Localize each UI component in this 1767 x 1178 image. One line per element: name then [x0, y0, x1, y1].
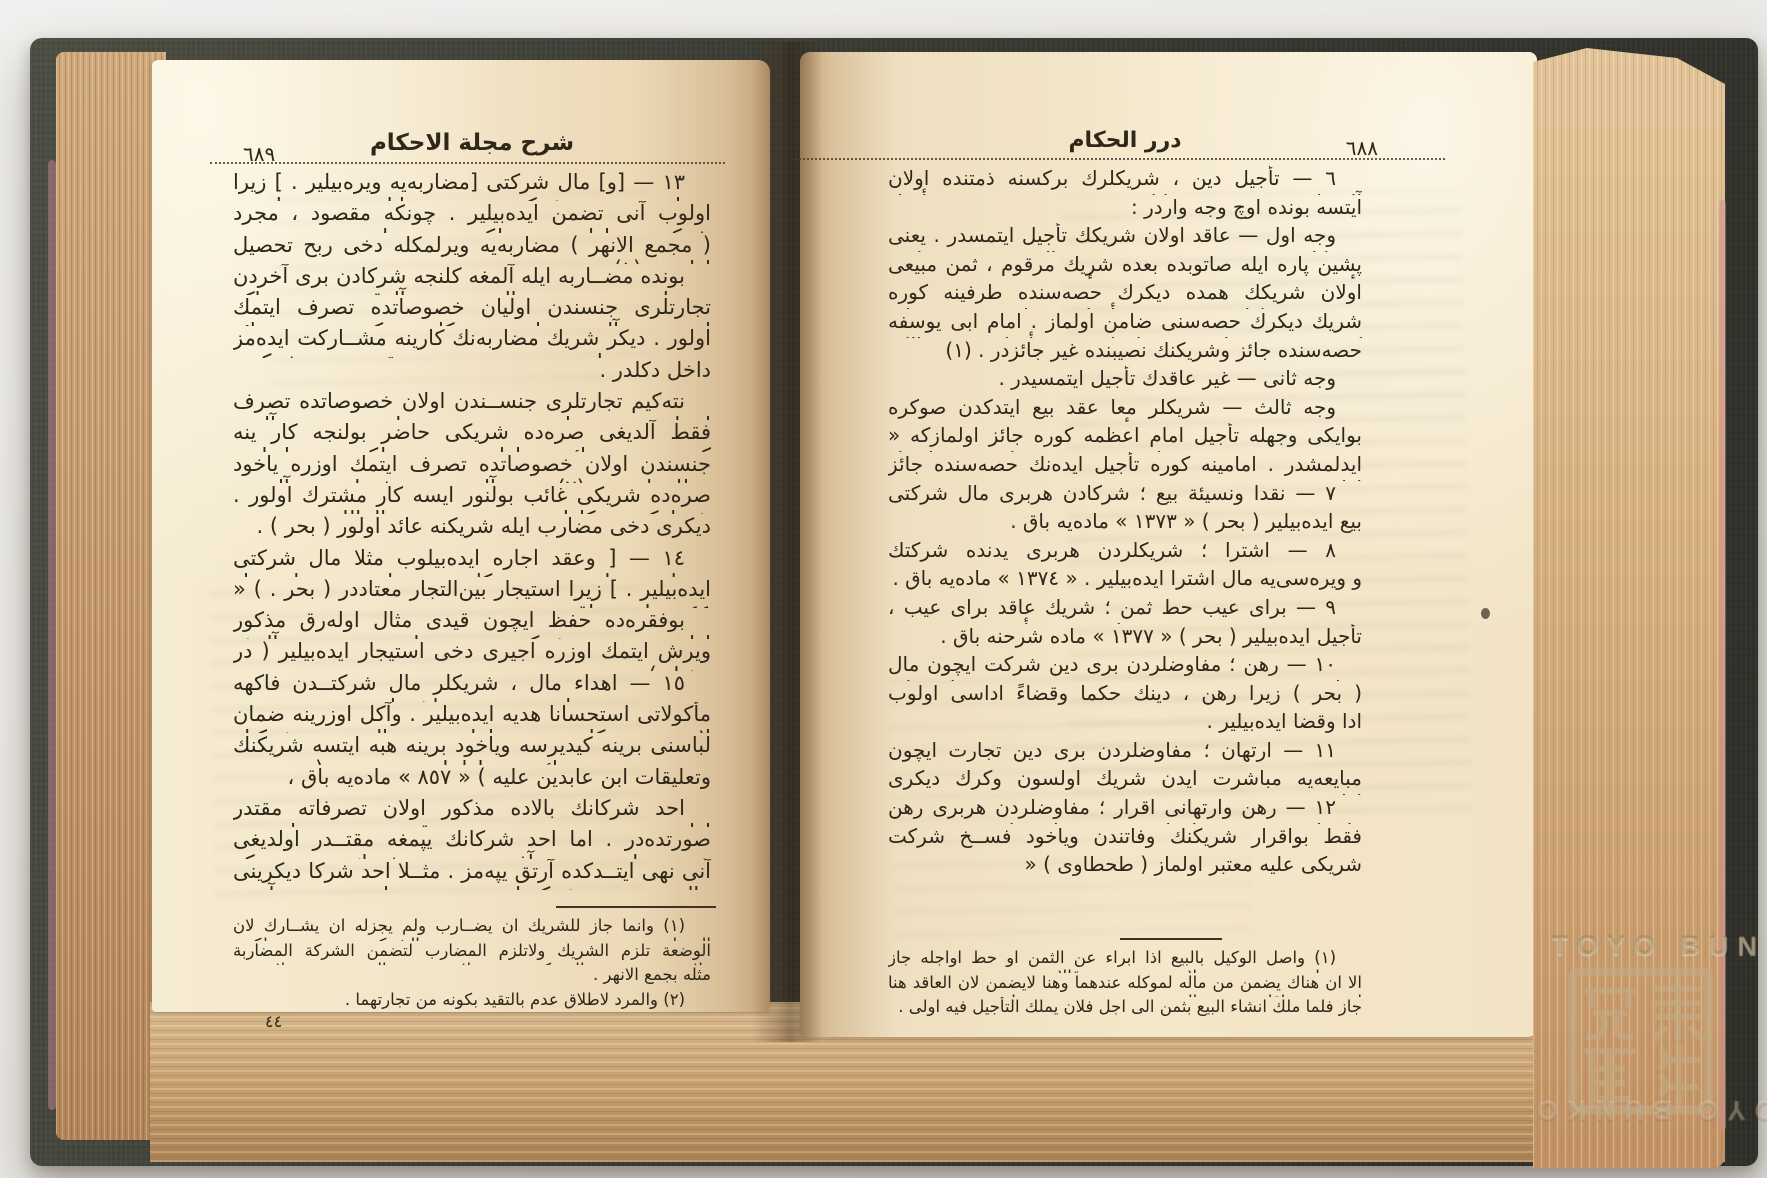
body-text-line: ( بحر ) زيرا رهن ، دينك حكما وقضاءً اداس…: [888, 681, 1362, 710]
body-text-line: اولان شريكك همده ديكرك حصه‌سنده طرفينه ك…: [888, 280, 1362, 309]
body-text-line: جنسندن اولان خصوصاتده تصرف ايتمك اوزره ي…: [233, 452, 711, 483]
footnotes-left: (١) وانما جاز للشريك ان يضــارب ولم يجزل…: [233, 916, 711, 1014]
footnote-line: الوضعة تلزم الشريك ولاتلزم المضارب لتضمن…: [233, 941, 711, 966]
body-text-line: ٧ — نقدا ونسيئة بيع ؛ شركادن هربرى مال ش…: [888, 481, 1362, 510]
page-header-title-left: شرح مجلة الاحكام: [233, 130, 711, 156]
body-text-line: شريك ديكرك حصه‌سنى ضامن اولماز . امام اب…: [888, 309, 1362, 338]
book-gutter-shadow: [752, 42, 822, 1042]
footnote-line: (٢) والمرد لاطلاق عدم بالتقيد بكونه من ت…: [233, 990, 711, 1015]
body-text-line: ٨ — اشترا ؛ شريكلردن هربرى يدنده شركتك س…: [888, 538, 1362, 567]
body-text-line: ٦ — تأجيل دين ، شريكلرك بركسنه ذمتنده او…: [888, 166, 1362, 195]
body-text-line: فقط آلديغى صره‌ده شريكى حاضر بولنجه كار …: [233, 420, 711, 451]
footnote-line: جاز فلما ملك انشاء البيع بثمن الى اجل فل…: [888, 997, 1362, 1022]
body-text-line: بيع ايده‌بيلير ( بحر ) « ١٣٧٣ » ماده‌يه …: [888, 509, 1362, 538]
body-text-line: اولور . ديكر شريك مضاربه‌نك كارينه مشــا…: [233, 326, 711, 357]
body-text-line: ديكرى دخى مضارب ايله شريكنه عائد اولور (…: [233, 514, 711, 545]
body-text-line: بونده مضــاربه ايله آلمغه كلنجه شركادن ب…: [233, 264, 711, 295]
endpaper-pink-edge-right: [1719, 200, 1726, 1130]
body-text-line: تجارتلرى جنسندن اوليان خصوصاتده تصرف ايت…: [233, 295, 711, 326]
body-text-line: ١٠ — رهن ؛ مفاوضلردن برى دين شركت ايچون …: [888, 652, 1362, 681]
signature-mark: ٤٤: [265, 1012, 282, 1031]
body-text-line: تأجيل ايده‌بيلير ( بحر ) « ١٣٧٧ » ماده ش…: [888, 624, 1362, 653]
body-text-line: آنى نهى ايتــدكده آرتق يپه‌مز . مثــلا ا…: [233, 859, 711, 890]
ink-speck: [1481, 608, 1490, 619]
body-text-line: ١٢ — رهن وارتهانى اقرار ؛ مفاوضلردن هربر…: [888, 795, 1362, 824]
body-text-right: ٦ — تأجيل دين ، شريكلرك بركسنه ذمتنده او…: [888, 166, 1362, 881]
body-text-line: ١٣ — [و] مال شركتى [مضاربه‌يه ويره‌بيلير…: [233, 170, 711, 201]
body-text-line: و ويره‌سى‌يه مال اشترا ايده‌بيلير . « ١٣…: [888, 566, 1362, 595]
right-page-content: درر الحكام ٦٨٨ ٦ — تأجيل دين ، شريكلرك ب…: [888, 104, 1362, 1064]
body-text-line: داخل دكلدر .: [233, 358, 711, 389]
body-text-line: ايده‌بيلير . ] زيرا استيجار بين‌التجار م…: [233, 577, 711, 608]
body-text-line: لباسنى برينه كيديرسه وياخود برينه هبه اي…: [233, 733, 711, 764]
page-number-right: ٦٨٨: [1346, 136, 1378, 160]
body-text-line: مأكولاتى استحسانا هديه ايده‌بيلير . وآكل…: [233, 702, 711, 733]
body-text-line: پشين پاره ايله صاتوبده بعده شريك مرقوم ،…: [888, 252, 1362, 281]
footnote-separator-left: [556, 906, 716, 908]
body-text-line: اولوب آنى تضمن ايده‌بيلير . چونكه مقصود …: [233, 201, 711, 232]
endpaper-pink-edge-left: [48, 160, 56, 1110]
page-header-title-right: درر الحكام: [888, 128, 1362, 153]
body-text-line: نته‌كيم تجارتلرى جنســندن اولان خصوصاتده…: [233, 389, 711, 420]
body-text-line: وتعليقات ابن عابدين عليه ) « ٨٥٧ » ماده‌…: [233, 765, 711, 796]
body-text-line: ايتسه بونده اوچ وجه واردر :: [888, 195, 1362, 224]
body-text-line: ويرش ايتمك اوزره اجيرى دخى استيجار ايده‌…: [233, 639, 711, 670]
header-rule-left: [210, 162, 725, 164]
body-text-line: بوفقره‌ده حفظ ايچون قيدى مثال اوله‌رق مذ…: [233, 608, 711, 639]
body-text-line: ١٥ — اهداء مال ، شريكلر مال شركتــدن فاك…: [233, 671, 711, 702]
body-text-line: وجه ثانى — غير عاقدك تأجيل ايتمسيدر .: [888, 366, 1362, 395]
body-text-line: ١٤ — [ وعقد اجاره ايده‌بيلوب مثلا مال شر…: [233, 546, 711, 577]
body-text-line: ٩ — براى عيب حط ثمن ؛ شريك عاقد براى عيب…: [888, 595, 1362, 624]
body-text-line: وجه ثالث — شريكلر معا عقد بيع ايتدكدن صو…: [888, 395, 1362, 424]
book-photo-scene: شرح مجلة الاحكام ٦٨٩ ١٣ — [و] مال شركتى …: [0, 0, 1767, 1178]
body-text-line: فقط بواقرار شريكنك وفاتندن وياخود فســخ …: [888, 824, 1362, 853]
left-page-content: شرح مجلة الاحكام ٦٨٩ ١٣ — [و] مال شركتى …: [233, 106, 711, 1066]
footnote-line: (١) وانما جاز للشريك ان يضــارب ولم يجزل…: [233, 916, 711, 941]
body-text-line: بوايكى وجهله تأجيل امام اعظمه كوره جائز …: [888, 423, 1362, 452]
footnote-line: مثله بجمع الانهر .: [233, 965, 711, 990]
body-text-line: شريكى عليه معتبر اولماز ( طحطاوى ) «: [888, 852, 1362, 881]
header-rule-right: [795, 158, 1445, 160]
body-text-line: صورتده‌در . اما احد شركانك يپمغه مقتــدر…: [233, 827, 711, 858]
body-text-line: مبايعه‌يه مباشرت ايدن شريك اولسون وكرك د…: [888, 766, 1362, 795]
body-text-line: ١١ — ارتهان ؛ مفاوضلردن برى دين تجارت اي…: [888, 738, 1362, 767]
page-fore-edge-left: [56, 52, 166, 1140]
body-text-line: صره‌ده شريكى غائب بولنور ايسه كار مشترك …: [233, 483, 711, 514]
body-text-line: ( مجمع الانهر ) مضاربه‌يه ويرلمكله دخى ر…: [233, 233, 711, 264]
page-fore-edge-right: [1533, 46, 1725, 1168]
body-text-left: ١٣ — [و] مال شركتى [مضاربه‌يه ويره‌بيلير…: [233, 170, 711, 890]
footnote-separator-right: [1120, 938, 1222, 940]
body-text-line: احد شركانك بالاده مذكور اولان تصرفاته مق…: [233, 796, 711, 827]
footnotes-right: (١) واصل الوكيل بالبيع اذا ابراء عن الثم…: [888, 948, 1362, 1022]
body-text-line: ادا وقضا ايده‌بيلير .: [888, 709, 1362, 738]
footnote-line: الا ان هناك يضمن من ماله لموكله عندهما و…: [888, 973, 1362, 998]
footnote-line: (١) واصل الوكيل بالبيع اذا ابراء عن الثم…: [888, 948, 1362, 973]
body-text-line: حصه‌سنده جائز وشريكنك نصيبنده غير جائزدر…: [888, 338, 1362, 367]
body-text-line: وجه اول — عاقد اولان شريكك تأجيل ايتمسدر…: [888, 223, 1362, 252]
body-text-line: ايدلمشدر . امامينه كوره تأجيل ايده‌نك حص…: [888, 452, 1362, 481]
